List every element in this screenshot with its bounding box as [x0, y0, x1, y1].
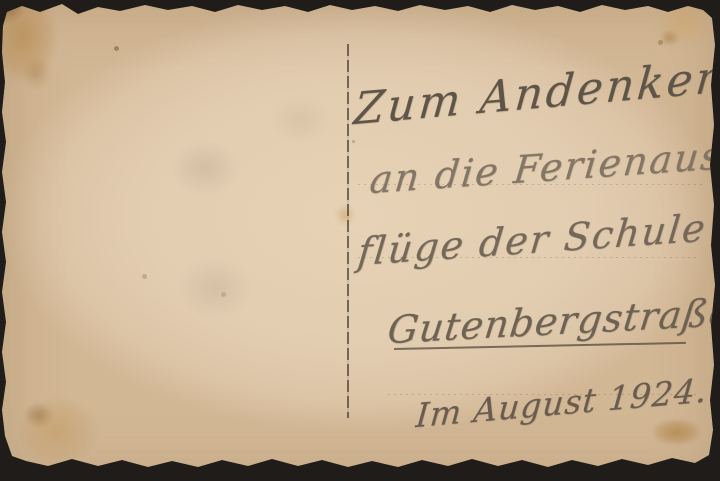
stain-top-right: [646, 0, 714, 60]
handwritten-line-2: an die Ferienaus=: [368, 131, 720, 202]
stain-bottom-left: [16, 396, 108, 474]
stain-top-left: [0, 0, 68, 124]
address-divider-line: [347, 44, 349, 418]
postcard-back: Zum Andenken an die Ferienaus= flüge der…: [0, 0, 720, 481]
handwritten-date-line: Im August 1924.: [414, 370, 709, 435]
stain-bottom-right: [653, 418, 705, 446]
handwritten-line-1: Zum Andenken: [352, 51, 720, 135]
postcard-photo: Zum Andenken an die Ferienaus= flüge der…: [0, 0, 720, 481]
stain-center-divider: [334, 203, 356, 227]
handwritten-line-3: flüge der Schule: [356, 205, 709, 274]
foxing-specks: [0, 0, 3, 3]
